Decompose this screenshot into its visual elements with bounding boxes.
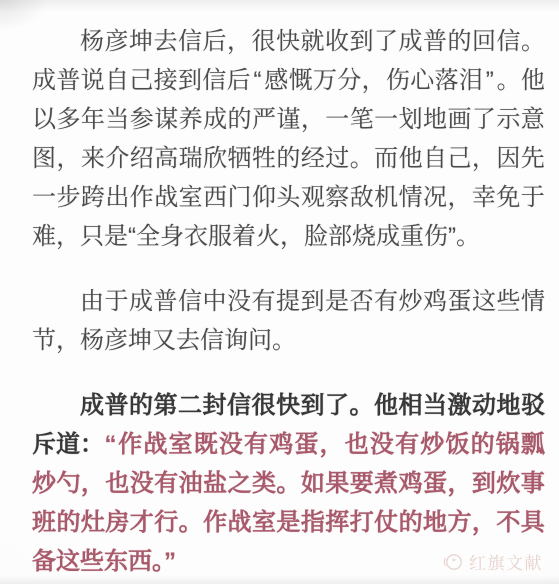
text-line-12: 班的灶房才行。作战室是指挥打仗的地方，不具: [32, 503, 545, 542]
paragraph-1: 杨彦坤去信后，很快就收到了成普的回信。 成普说自己接到信后“感慨万分，伤心落泪”…: [32, 22, 545, 256]
text-line-7: 由于成普信中没有提到是否有炒鸡蛋这些情: [32, 282, 545, 321]
text-line-2: 成普说自己接到信后“感慨万分，伤心落泪”。他: [32, 61, 545, 100]
text-line-5: 一步跨出作战室西门仰头观察敌机情况，幸免于: [32, 178, 545, 217]
speaker-label: 斥道：: [32, 425, 104, 464]
watermark: 红旗文献: [443, 549, 543, 574]
text-line-6: 难，只是“全身衣服着火，脸部烧成重伤”。: [32, 217, 545, 256]
text-line-9: 成普的第二封信很快到了。他相当激动地驳: [32, 386, 545, 425]
quote-start: “作战室既没有鸡蛋，也没有炒饭的锅瓢: [104, 425, 545, 464]
red-flag-logo-icon: [443, 552, 463, 572]
text-line-11: 炒勺，也没有油盐之类。如果要煮鸡蛋，到炊事: [32, 464, 545, 503]
text-line-3: 以多年当参谋养成的严谨，一笔一划地画了示意: [32, 100, 545, 139]
paragraph-2: 由于成普信中没有提到是否有炒鸡蛋这些情 节，杨彦坤又去信询问。: [32, 282, 545, 360]
watermark-label: 红旗文献: [469, 549, 543, 574]
article-text: 杨彦坤去信后，很快就收到了成普的回信。 成普说自己接到信后“感慨万分，伤心落泪”…: [32, 22, 545, 581]
text-line-1: 杨彦坤去信后，很快就收到了成普的回信。: [32, 22, 545, 61]
article-photo: 杨彦坤去信后，很快就收到了成普的回信。 成普说自己接到信后“感慨万分，伤心落泪”…: [0, 0, 559, 584]
text-line-8: 节，杨彦坤又去信询问。: [32, 321, 545, 360]
text-line-4: 图，来介绍高瑞欣牺牲的经过。而他自己，因先: [32, 139, 545, 178]
text-line-10: 斥道： “作战室既没有鸡蛋，也没有炒饭的锅瓢: [32, 425, 545, 464]
